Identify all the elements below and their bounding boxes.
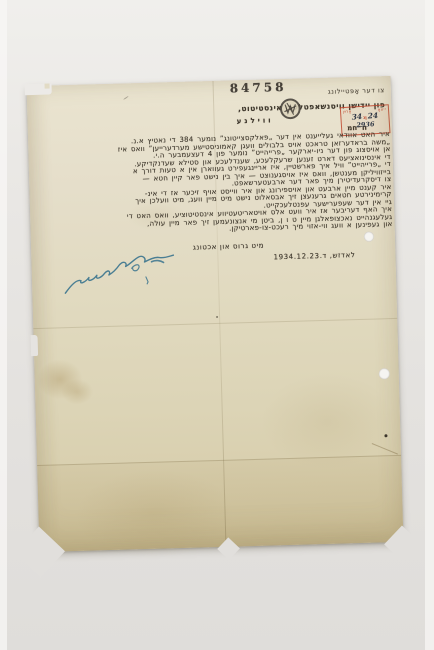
stamp-handwritten-number: 2936 — [342, 120, 389, 130]
backdrop-edge-left — [0, 0, 7, 650]
letter-body: איר האט אוודאי געלייענט אין דער „פאלקסצי… — [34, 131, 393, 238]
torn-notch-left-edge — [31, 335, 39, 356]
paper-stain — [61, 378, 94, 405]
photo-backdrop: 84758 צו דער אָפּטיילונג פון יידישן וויס… — [0, 0, 434, 650]
closing-line: מיט גרוס און אכטונג — [193, 242, 264, 252]
letter-paper: 84758 צו דער אָפּטיילונג פון יידישן וויס… — [27, 76, 404, 552]
stamp-handwritten-right: 24 — [367, 112, 378, 120]
stamp-handwritten-left: 34 — [351, 113, 362, 121]
paper-tab-top-left — [45, 84, 50, 89]
pencil-scratch — [123, 96, 129, 100]
punch-hole-upper — [364, 232, 374, 242]
monogram-seal-icon — [279, 98, 302, 121]
ink-speck — [384, 434, 387, 437]
backdrop-edge-right — [425, 0, 434, 650]
stamp-label-right: ייוואָ — [378, 106, 386, 112]
ink-speck — [216, 316, 218, 318]
address-city: ווילנע — [237, 116, 274, 125]
address-to-line: צו דער אָפּטיילונג — [328, 86, 385, 96]
punch-hole-lower — [379, 368, 390, 379]
fold-crease-upper — [33, 318, 397, 329]
accession-number-stamp: 84758 — [230, 80, 287, 96]
stamp-label-left: אַרײַן — [343, 109, 352, 115]
handwritten-signature-ink — [61, 252, 182, 299]
place-date-line: לאדזש, ד.1934.12.23 — [273, 251, 355, 261]
